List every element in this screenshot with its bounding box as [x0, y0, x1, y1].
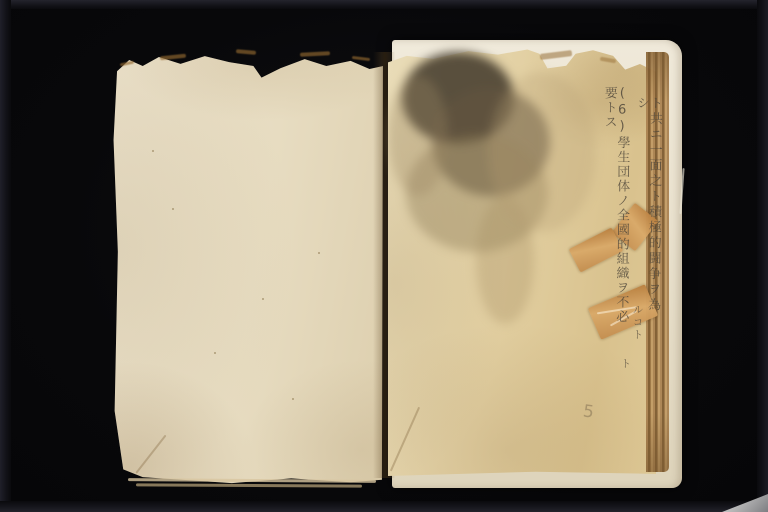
sheet-edge — [128, 478, 376, 483]
paper-speck — [172, 208, 174, 210]
torn-edge-fragment — [352, 56, 370, 61]
paper-speck — [292, 398, 294, 400]
sheet-edge — [136, 483, 362, 487]
framed-photograph: ト共ニ一面之ト積極的闘争ヲ為シ ルコト (6)學生団体ノ全國的組織ヲ不必要トス … — [0, 0, 768, 512]
handwriting-column-item6-tail: ト — [620, 358, 631, 376]
frame-edge-right — [757, 0, 768, 512]
paper-speck — [214, 352, 216, 354]
frame-edge-bottom — [0, 501, 768, 512]
left-page-blank — [113, 54, 383, 484]
frame-edge-left — [0, 0, 11, 512]
handwriting-column-item6: (6)學生団体ノ全國的組織ヲ不必要トス — [601, 86, 629, 336]
handwriting-column-continuation-tail: ルコト — [632, 304, 643, 364]
handwriting-column-continuation: ト共ニ一面之ト積極的闘争ヲ為シ — [633, 96, 661, 326]
torn-edge-fragment — [160, 54, 186, 61]
stain-halo — [388, 76, 448, 196]
stain-halo — [488, 72, 596, 232]
torn-edge-fragment — [236, 49, 256, 55]
frame-edge-top — [0, 0, 768, 9]
paper-speck — [318, 252, 320, 254]
ink-stain — [388, 46, 568, 326]
torn-edge-fragment — [300, 51, 330, 57]
paper-speck — [152, 150, 154, 152]
paper-speck — [262, 298, 264, 300]
